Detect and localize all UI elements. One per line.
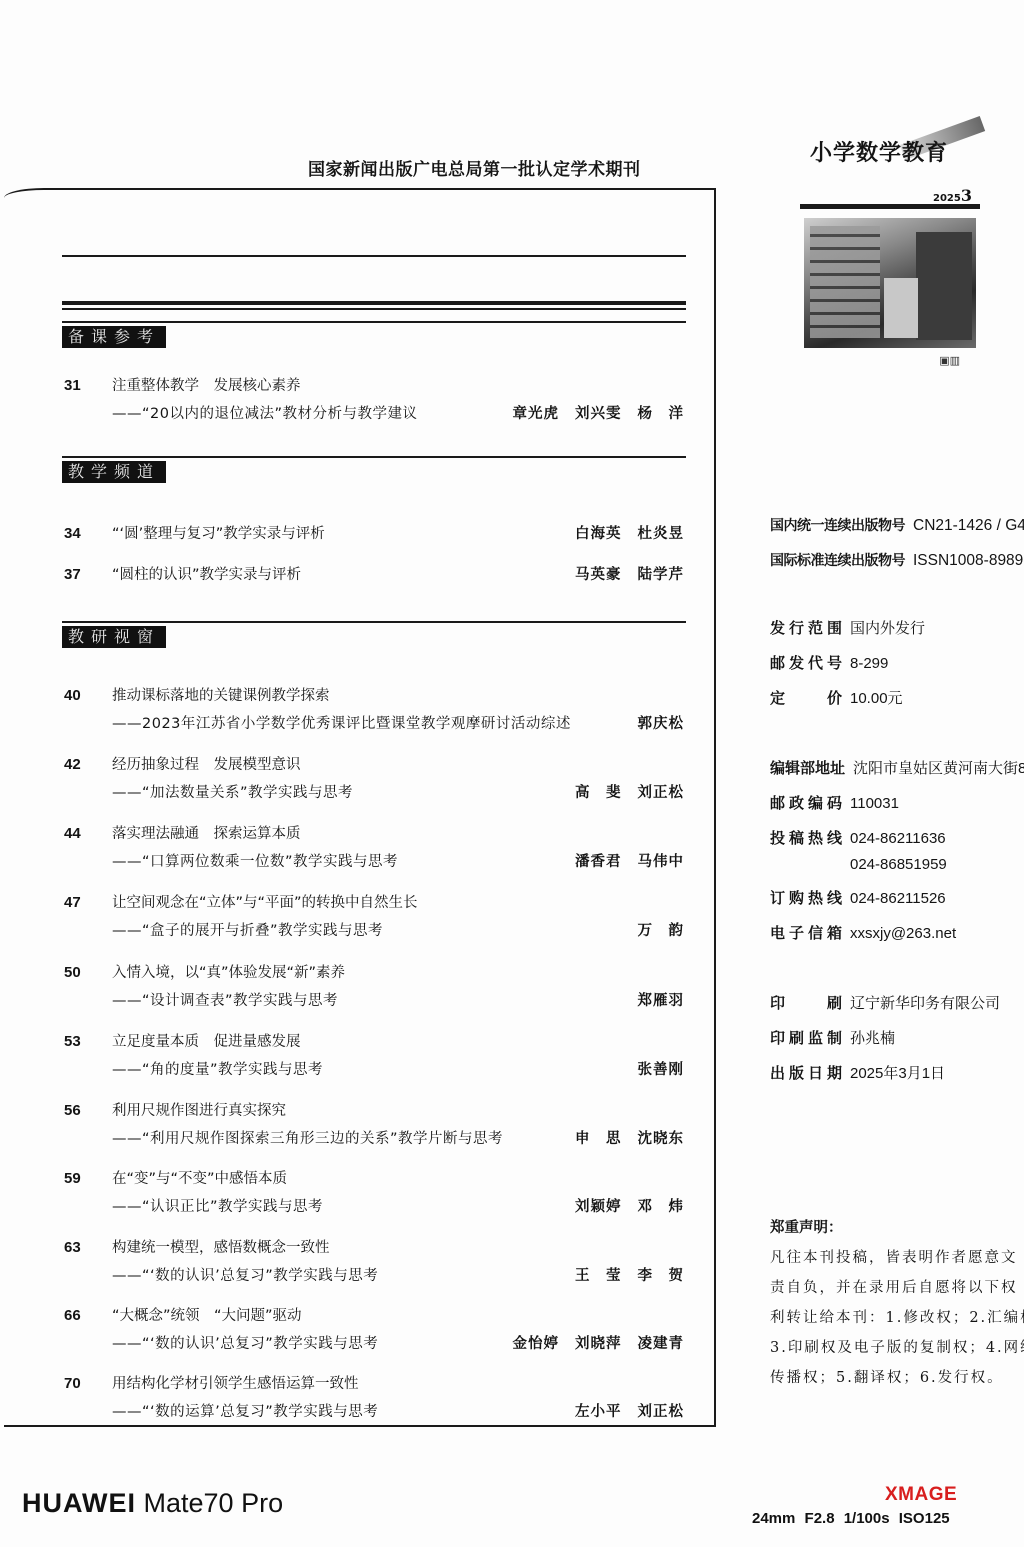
article-subtitle: ——“利用尺规作图探索三角形三边的关系”教学片断与思考 — [112, 1125, 503, 1153]
toc-entry[interactable]: 40推动课标落地的关键课例教学探索 ——2023年江苏省小学数学优秀课评比暨课堂… — [62, 682, 686, 738]
article-title: “大概念”统领 “大问题”驱动 — [112, 1302, 302, 1330]
price-label-2: 价 — [827, 681, 842, 716]
submission-phone-1: 024-86211636 — [850, 826, 946, 852]
issn-label: 国际标准连续出版物号 — [770, 544, 905, 579]
printer-label-2: 刷 — [827, 986, 842, 1021]
article-authors: 白海英 杜炎昱 — [575, 520, 684, 548]
author: 刘正松 — [638, 1398, 685, 1426]
section-tag-jiaoxue: 教学频道 — [62, 461, 166, 483]
notice-line: 责自负，并在录用后自愿将以下权 — [770, 1273, 1024, 1303]
printer-label-1: 印 — [770, 986, 785, 1021]
article-authors: 张善刚 — [638, 1056, 685, 1084]
toc-entry[interactable]: 37 “圆柱的认识”教学实录与评析 马英豪 陆学芹 — [62, 561, 686, 589]
section-rule — [62, 621, 686, 623]
exif-info: 24mm F2.8 1/100s ISO125 — [752, 1510, 950, 1527]
author: 杨 洋 — [638, 400, 685, 428]
toc-entry[interactable]: 53立足度量本质 促进量感发展 ——“角的度量”教学实践与思考 张善刚 — [62, 1028, 686, 1084]
section-tag-beike: 备课参考 — [62, 326, 166, 348]
page-number: 56 — [64, 1097, 81, 1125]
zip-label: 邮政编码 — [770, 786, 842, 821]
author: 郭庆松 — [638, 710, 685, 738]
zip-value: 110031 — [850, 786, 899, 821]
cn-label: 国内统一连续出版物号 — [770, 509, 905, 544]
print-supervisor-value: 孙兆楠 — [850, 1021, 895, 1056]
article-title: 用结构化学材引领学生感悟运算一致性 — [112, 1370, 359, 1398]
cover-footer: ▣▥ — [810, 354, 970, 368]
notice-line: 凡往本刊投稿，皆表明作者愿意文 — [770, 1243, 1024, 1273]
postal-code-label: 邮发代号 — [770, 646, 842, 681]
page-number: 70 — [64, 1370, 81, 1398]
author: 刘颖婷 — [575, 1193, 622, 1221]
page-number: 63 — [64, 1234, 81, 1262]
author: 张善刚 — [638, 1056, 685, 1084]
printer-value: 辽宁新华印务有限公司 — [850, 986, 1000, 1021]
article-authors: 王 莹李 贺 — [575, 1262, 684, 1290]
distribution-info: 发行范围国内外发行 邮发代号8-299 定价10.00元 — [770, 611, 925, 716]
author: 章光虎 — [513, 400, 560, 428]
author: 高 斐 — [575, 779, 622, 807]
cover-year: 2025 — [933, 193, 961, 204]
author: 白海英 — [575, 520, 622, 548]
toc-entry[interactable]: 34 “‘圆’整理与复习”教学实录与评析 白海英 杜炎昱 — [62, 520, 686, 548]
camera-watermark-brand: HUAWEI Mate70 Pro — [22, 1488, 283, 1519]
toc-entry[interactable]: 56利用尺规作图进行真实探究 ——“利用尺规作图探索三角形三边的关系”教学片断与… — [62, 1097, 686, 1153]
header-rule-double — [62, 308, 686, 310]
article-title: 注重整体教学 发展核心素养 — [112, 372, 301, 400]
brand-name: HUAWEI — [22, 1488, 136, 1518]
author: 郑雁羽 — [638, 987, 685, 1015]
toc-entry[interactable]: 31 注重整体教学 发展核心素养 ——“20以内的退位减法”教材分析与教学建议 … — [62, 372, 686, 428]
cover-bar — [800, 204, 980, 209]
article-title: 经历抽象过程 发展模型意识 — [112, 751, 301, 779]
article-authors: 章光虎 刘兴雯 杨 洋 — [513, 400, 685, 428]
cover-building-right — [916, 232, 972, 340]
article-authors: 刘颖婷邓 炜 — [575, 1193, 684, 1221]
article-subtitle: ——“‘数的认识’总复习”教学实践与思考 — [112, 1262, 378, 1290]
author: 杜炎昱 — [638, 520, 685, 548]
page-number: 44 — [64, 820, 81, 848]
page-number: 59 — [64, 1165, 81, 1193]
article-title: “圆柱的认识”教学实录与评析 — [112, 561, 301, 589]
author: 潘香君 — [575, 848, 622, 876]
cn-number: 国内统一连续出版物号CN21-1426 / G4 国际标准连续出版物号ISSN1… — [770, 508, 1024, 578]
distribution-value: 国内外发行 — [850, 611, 925, 646]
author: 万 韵 — [638, 917, 685, 945]
cover-issue: 20253 — [933, 186, 972, 205]
article-authors: 左小平刘正松 — [575, 1398, 684, 1426]
order-phone: 024-86211526 — [850, 881, 946, 916]
xmage-logo: XMAGE — [885, 1484, 957, 1506]
article-subtitle: ——2023年江苏省小学数学优秀课评比暨课堂教学观摩研讨活动综述 — [112, 710, 571, 738]
contact-info: 编辑部地址沈阳市皇姑区黄河南大街85号 邮政编码110031 投稿热线024-8… — [770, 751, 1024, 951]
article-title: 构建统一模型，感悟数概念一致性 — [112, 1234, 330, 1262]
toc-entry[interactable]: 66“大概念”统领 “大问题”驱动 ——“‘数的认识’总复习”教学实践与思考 金… — [62, 1302, 686, 1358]
article-subtitle: ——“角的度量”教学实践与思考 — [112, 1056, 323, 1084]
toc-entry[interactable]: 63构建统一模型，感悟数概念一致性 ——“‘数的认识’总复习”教学实践与思考 王… — [62, 1234, 686, 1290]
article-title: 让空间观念在“立体”与“平面”的转换中自然生长 — [112, 889, 418, 917]
header-rule-thick — [62, 301, 686, 305]
author: 沈晓东 — [638, 1125, 685, 1153]
article-subtitle: ——“盒子的展开与折叠”教学实践与思考 — [112, 917, 383, 945]
article-subtitle: ——“认识正比”教学实践与思考 — [112, 1193, 323, 1221]
toc-entry[interactable]: 47让空间观念在“立体”与“平面”的转换中自然生长 ——“盒子的展开与折叠”教学… — [62, 889, 686, 945]
cover-title: 小学数学教育 — [810, 136, 948, 167]
print-supervisor-label: 印刷监制 — [770, 1021, 842, 1056]
article-title: 利用尺规作图进行真实探究 — [112, 1097, 286, 1125]
cover-photo — [804, 218, 976, 348]
page-number: 31 — [64, 372, 81, 400]
header-rule — [62, 255, 686, 257]
article-authors: 郭庆松 — [638, 710, 685, 738]
printing-info: 印刷辽宁新华印务有限公司 印刷监制孙兆楠 出版日期2025年3月1日 — [770, 986, 1000, 1091]
notice-line: 3.印刷权及电子版的复制权；4.网络 — [770, 1333, 1024, 1363]
cover-thumbnail: 小学数学教育 20253 ▣▥ — [800, 120, 980, 370]
printer-label: 印刷 — [770, 986, 842, 1021]
price-label: 定价 — [770, 681, 842, 716]
article-authors: 马英豪 陆学芹 — [575, 561, 684, 589]
author: 王 莹 — [575, 1262, 622, 1290]
page-number: 37 — [64, 561, 81, 589]
article-subtitle: ——“加法数量关系”教学实践与思考 — [112, 779, 353, 807]
article-title: “‘圆’整理与复习”教学实录与评析 — [112, 520, 325, 548]
article-authors: 潘香君马伟中 — [575, 848, 684, 876]
author: 刘正松 — [638, 779, 685, 807]
article-title: 入情入境，以“真”体验发展“新”素养 — [112, 959, 345, 987]
email-label: 电子信箱 — [770, 916, 842, 951]
author: 左小平 — [575, 1398, 622, 1426]
notice-line: 传播权；5.翻译权；6.发行权。 — [770, 1363, 1024, 1393]
author: 刘晓萍 — [575, 1330, 622, 1358]
page-number: 47 — [64, 889, 81, 917]
article-subtitle: ——“‘数的运算’总复习”教学实践与思考 — [112, 1398, 378, 1426]
notice-heading: 郑重声明： — [770, 1213, 1024, 1243]
page-number: 34 — [64, 520, 81, 548]
author: 马伟中 — [638, 848, 685, 876]
page-number: 53 — [64, 1028, 81, 1056]
cover-building-left — [810, 226, 880, 338]
article-authors: 金怡婷刘晓萍凌建青 — [513, 1330, 685, 1358]
article-authors: 万 韵 — [638, 917, 685, 945]
article-title: 立足度量本质 促进量感发展 — [112, 1028, 301, 1056]
address-value: 沈阳市皇姑区黄河南大街85号 — [853, 751, 1024, 786]
author: 陆学芹 — [638, 561, 685, 589]
page-number: 50 — [64, 959, 81, 987]
article-subtitle: ——“20以内的退位减法”教材分析与教学建议 — [112, 400, 417, 428]
author: 李 贺 — [638, 1262, 685, 1290]
author: 刘兴雯 — [575, 400, 622, 428]
pub-date-label: 出版日期 — [770, 1056, 842, 1091]
article-title: 在“变”与“不变”中感悟本质 — [112, 1165, 287, 1193]
author: 申 思 — [575, 1125, 622, 1153]
page-number: 40 — [64, 682, 81, 710]
section-tag-jiaoyan: 教研视窗 — [62, 626, 166, 648]
copyright-notice: 郑重声明： 凡往本刊投稿，皆表明作者愿意文 责自负，并在录用后自愿将以下权 利转… — [770, 1213, 1024, 1393]
cover-logo-icon: ▣▥ — [939, 354, 960, 367]
article-authors: 高 斐刘正松 — [575, 779, 684, 807]
article-subtitle: ——“设计调查表”教学实践与思考 — [112, 987, 338, 1015]
author: 凌建青 — [638, 1330, 685, 1358]
page-number: 42 — [64, 751, 81, 779]
section-rule — [62, 456, 686, 458]
section-rule — [62, 321, 686, 323]
article-authors: 申 思沈晓东 — [575, 1125, 684, 1153]
address-label: 编辑部地址 — [770, 751, 845, 786]
toc-entry[interactable]: 59在“变”与“不变”中感悟本质 ——“认识正比”教学实践与思考 刘颖婷邓 炜 — [62, 1165, 686, 1221]
article-authors: 郑雁羽 — [638, 987, 685, 1015]
issn-value: ISSN1008-8989 — [913, 543, 1023, 578]
author: 邓 炜 — [638, 1193, 685, 1221]
toc-entry[interactable]: 50入情入境，以“真”体验发展“新”素养 ——“设计调查表”教学实践与思考 郑雁… — [62, 959, 686, 1015]
toc-entry[interactable]: 44落实理法融通 探索运算本质 ——“口算两位数乘一位数”教学实践与思考 潘香君… — [62, 820, 686, 876]
author: 马英豪 — [575, 561, 622, 589]
price-label-1: 定 — [770, 681, 785, 716]
author: 金怡婷 — [513, 1330, 560, 1358]
cover-gate — [884, 278, 918, 338]
distribution-label: 发行范围 — [770, 611, 842, 646]
submission-label: 投稿热线 — [770, 825, 842, 851]
article-title: 推动课标落地的关键课例教学探索 — [112, 682, 330, 710]
journal-banner: 国家新闻出版广电总局第一批认定学术期刊 — [308, 155, 641, 180]
pub-date-value: 2025年3月1日 — [850, 1056, 945, 1091]
article-subtitle: ——“口算两位数乘一位数”教学实践与思考 — [112, 848, 398, 876]
postal-code-value: 8-299 — [850, 646, 888, 681]
article-title: 落实理法融通 探索运算本质 — [112, 820, 301, 848]
email-value[interactable]: xxsxjy@263.net — [850, 916, 956, 951]
toc-entry[interactable]: 70用结构化学材引领学生感悟运算一致性 ——“‘数的运算’总复习”教学实践与思考… — [62, 1370, 686, 1426]
model-name: Mate70 Pro — [144, 1488, 284, 1518]
cover-issue-number: 3 — [961, 186, 972, 205]
price-value: 10.00元 — [850, 681, 903, 716]
notice-line: 利转让给本刊：1.修改权；2.汇编权； — [770, 1303, 1024, 1333]
submission-phone-2: 024-86851959 — [850, 852, 947, 878]
page-number: 66 — [64, 1302, 81, 1330]
cn-value: CN21-1426 / G4 — [913, 508, 1024, 543]
toc-entry[interactable]: 42经历抽象过程 发展模型意识 ——“加法数量关系”教学实践与思考 高 斐刘正松 — [62, 751, 686, 807]
article-subtitle: ——“‘数的认识’总复习”教学实践与思考 — [112, 1330, 378, 1358]
order-label: 订购热线 — [770, 881, 842, 916]
